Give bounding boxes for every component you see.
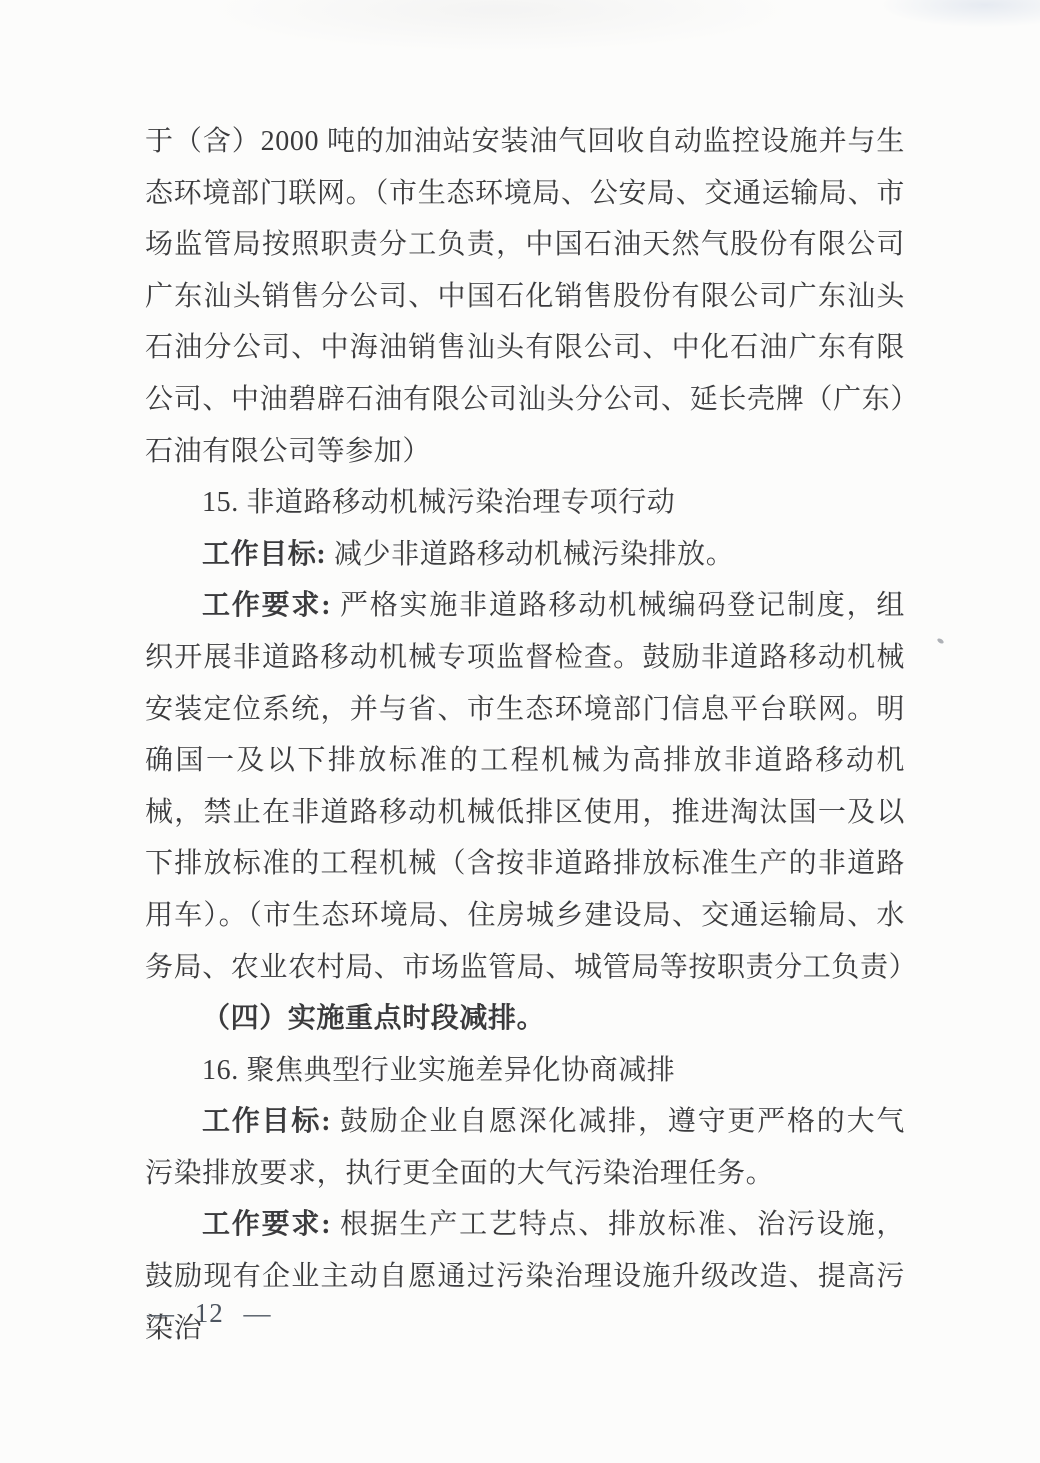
text-run: 减少非道路移动机械污染排放。 xyxy=(326,539,734,570)
bold-label: 工作目标: xyxy=(202,1106,331,1137)
heading-action-15: 15. 非道路移动机械污染治理专项行动 xyxy=(145,477,905,529)
paragraph-gas-station-continuation: 于（含）2000 吨的加油站安装油气回收自动监控设施并与生态环境部门联网。（市生… xyxy=(145,116,905,477)
paragraph-work-goal-16: 工作目标: 鼓励企业自愿深化减排，遵守更严格的大气污染排放要求，执行更全面的大气… xyxy=(145,1096,905,1199)
document-page: 于（含）2000 吨的加油站安装油气回收自动监控设施并与生态环境部门联网。（市生… xyxy=(0,0,1040,1463)
scan-speck-artifact xyxy=(936,637,944,644)
paragraph-work-goal-15: 工作目标: 减少非道路移动机械污染排放。 xyxy=(145,529,905,581)
bold-label: 工作目标: xyxy=(202,539,326,570)
heading-section-4: （四）实施重点时段减排。 xyxy=(145,993,905,1045)
bold-label: 工作要求: xyxy=(202,590,331,621)
bold-label: 工作要求: xyxy=(202,1209,331,1240)
heading-action-16: 16. 聚焦典型行业实施差异化协商减排 xyxy=(145,1045,905,1097)
paragraph-work-requirement-16: 工作要求: 根据生产工艺特点、排放标准、治污设施，鼓励现有企业主动自愿通过污染治… xyxy=(145,1199,905,1354)
document-body: 于（含）2000 吨的加油站安装油气回收自动监控设施并与生态环境部门联网。（市生… xyxy=(145,116,905,1354)
bold-label: （四）实施重点时段减排。 xyxy=(202,1003,545,1034)
text-run: 于（含）2000 吨的加油站安装油气回收自动监控设施并与生态环境部门联网。（市生… xyxy=(145,126,905,467)
paragraph-work-requirement-15: 工作要求: 严格实施非道路移动机械编码登记制度，组织开展非道路移动机械专项监督检… xyxy=(145,580,905,993)
text-run: 严格实施非道路移动机械编码登记制度，组织开展非道路移动机械专项监督检查。鼓励非道… xyxy=(145,590,917,982)
text-run: 15. 非道路移动机械污染治理专项行动 xyxy=(202,487,675,518)
text-run: 16. 聚焦典型行业实施差异化协商减排 xyxy=(202,1055,675,1086)
page-number: — 12 — xyxy=(147,1296,272,1330)
